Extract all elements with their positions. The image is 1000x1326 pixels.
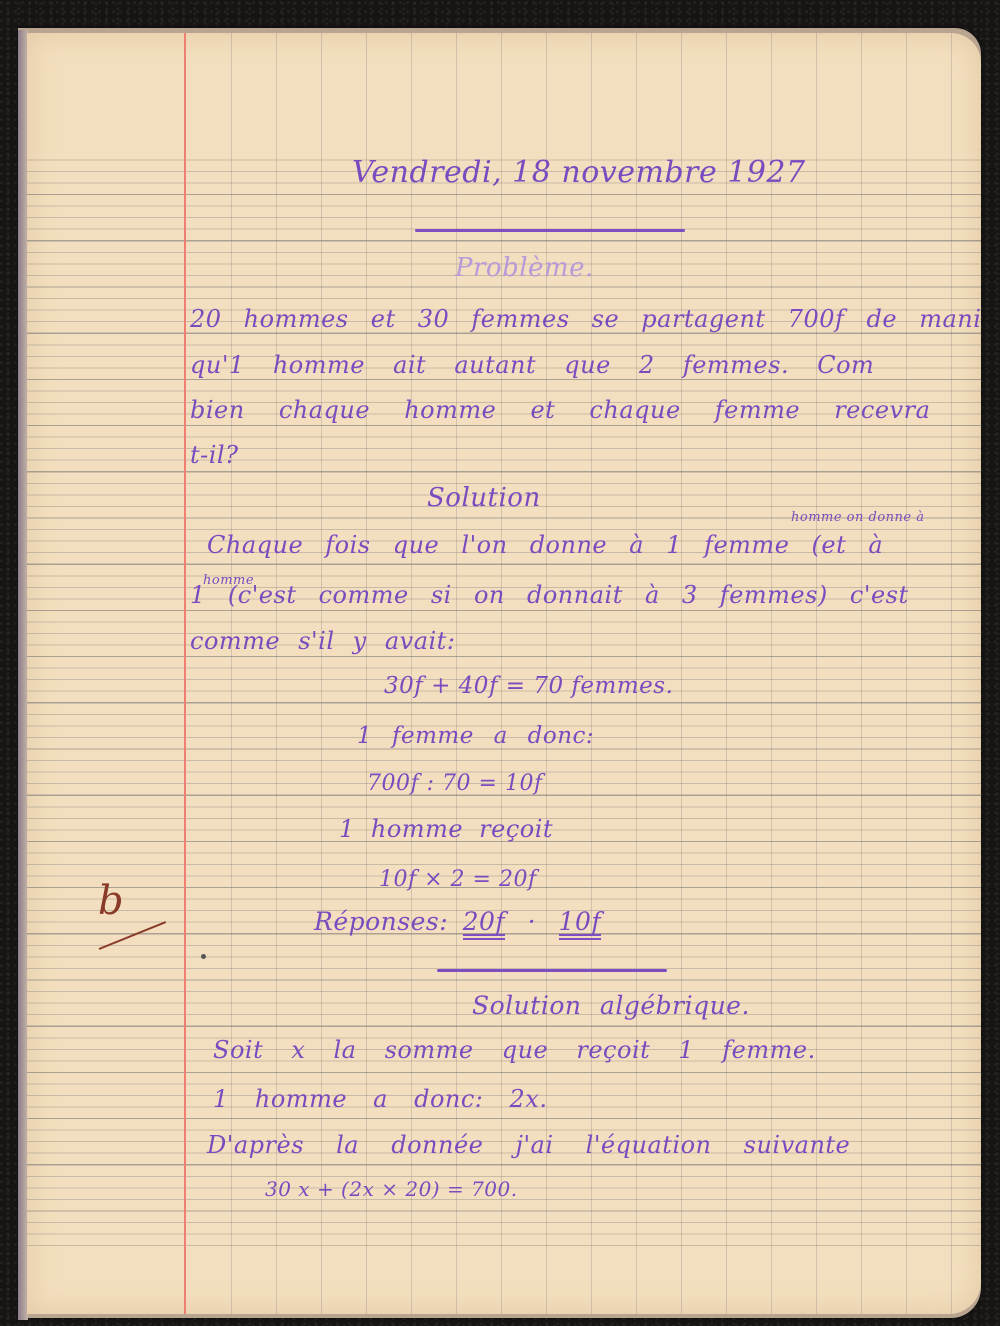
solution-heading: Solution [427, 483, 541, 513]
answer-women: 10f [559, 909, 602, 940]
algebraic-line-2: 1 homme a donc: 2x. [213, 1085, 547, 1113]
calc-line-1: 30f + 40f = 70 femmes. [384, 673, 673, 699]
problem-line-1: 20 hommes et 30 femmes se partagent 700f… [190, 305, 981, 333]
calc-line-2: 1 femme a donc: [357, 723, 594, 749]
answers-label: Réponses: [314, 907, 448, 936]
red-margin-line [184, 33, 186, 1314]
solution-line-2: 1 (c'est comme si on donnait à 3 femmes)… [190, 581, 909, 609]
algebraic-line-1: Soit x la somme que reçoit 1 femme. [213, 1036, 816, 1064]
problem-line-3: bien chaque homme et chaque femme recevr… [190, 396, 930, 424]
section-divider [437, 969, 667, 972]
answer-men: 20f [463, 909, 506, 940]
answers-row: Réponses: 20f · 10f [314, 907, 601, 940]
solution-insertion-1: homme on donne à [791, 510, 924, 525]
problem-line-4: t-il? [190, 441, 238, 469]
problem-heading: Problème. [455, 253, 594, 283]
ink-dot [201, 954, 206, 959]
problem-line-2: qu'1 homme ait autant que 2 femmes. Com [190, 351, 874, 379]
date-heading: Vendredi, 18 novembre 1927 [352, 155, 806, 190]
solution-line-3: comme s'il y avait: [190, 627, 455, 655]
calc-line-5: 10f × 2 = 20f [379, 867, 537, 892]
teacher-grade-mark: b [98, 878, 124, 924]
algebraic-line-3: D'après la donnée j'ai l'équation suivan… [207, 1131, 850, 1159]
calc-line-4: 1 homme reçoit [339, 815, 553, 843]
algebraic-equation: 30 x + (2x × 20) = 700. [265, 1177, 518, 1201]
notebook-page: Vendredi, 18 novembre 1927 Problème. 20 … [27, 33, 981, 1314]
answer-separator: · [528, 907, 536, 936]
solution-line-1: Chaque fois que l'on donne à 1 femme (et… [207, 531, 883, 559]
algebraic-heading: Solution algébrique. [472, 991, 750, 1020]
heading-divider [415, 229, 685, 232]
calc-line-3: 700f : 70 = 10f [367, 771, 543, 796]
